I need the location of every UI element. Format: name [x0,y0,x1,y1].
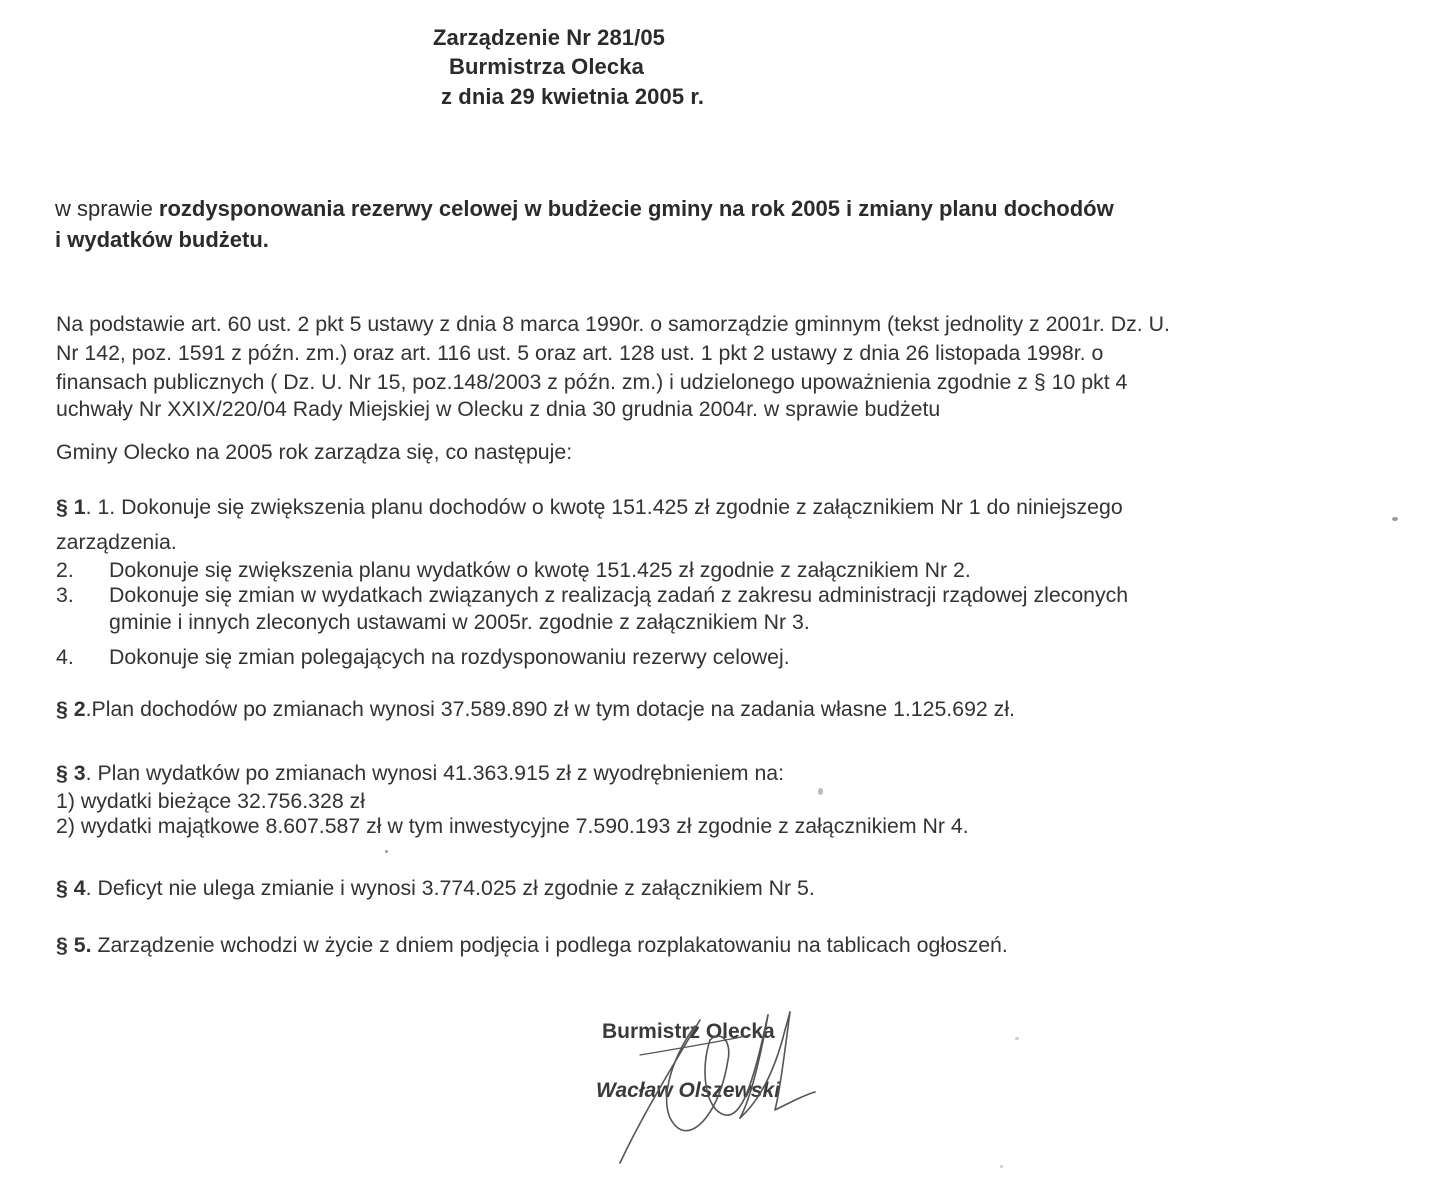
section-1-line-2: zarządzenia. [56,530,177,555]
handwritten-signature-icon [600,1000,840,1170]
section-3-mark: § 3 [56,761,86,785]
section-2: § 2.Plan dochodów po zmianach wynosi 37.… [56,697,1015,722]
section-3-sub-2: 2) wydatki majątkowe 8.607.587 zł w tym … [56,814,969,839]
section-1-item-4: 4.Dokonuje się zmian polegających na roz… [56,645,790,670]
date-line: z dnia 29 kwietnia 2005 r. [441,84,704,110]
section-4-mark: § 4 [56,876,86,900]
section-5-mark: § 5. [56,933,92,957]
item-text: Dokonuje się zmian w wydatkach związanyc… [109,583,1128,607]
section-4: § 4. Deficyt nie ulega zmianie i wynosi … [56,876,815,901]
item-number: 2. [56,558,109,583]
section-1-mark: § 1 [56,495,86,519]
subject-prefix: w sprawie [55,196,159,221]
section-1-item-1: . 1. Dokonuje się zwiększenia planu doch… [86,495,1123,519]
preamble-line-1: Na podstawie art. 60 ust. 2 pkt 5 ustawy… [56,312,1170,337]
preamble-line-2: Nr 142, poz. 1591 z późn. zm.) oraz art.… [56,341,1103,366]
section-5-text: Zarządzenie wchodzi w życie z dniem podj… [92,933,1008,957]
section-1-item-2: 2.Dokonuje się zwiększenia planu wydatkó… [56,558,971,583]
section-2-mark: § 2 [56,697,86,721]
subject-bold-1: rozdysponowania rezerwy celowej w budżec… [159,196,1114,221]
preamble-closing: Gminy Olecko na 2005 rok zarządza się, c… [56,440,572,465]
section-5: § 5. Zarządzenie wchodzi w życie z dniem… [56,933,1008,958]
section-1-item-3-cont: gminie i innych zleconych ustawami w 200… [56,610,810,635]
item-text: gminie i innych zleconych ustawami w 200… [109,610,810,634]
scan-speck [1000,1165,1003,1168]
scan-speck [1015,1037,1019,1040]
preamble-line-4: uchwały Nr XXIX/220/04 Rady Miejskiej w … [56,397,940,422]
subject-bold-2: i wydatków budżetu. [55,227,269,252]
section-3: § 3. Plan wydatków po zmianach wynosi 41… [56,761,784,786]
item-text: Dokonuje się zmian polegających na rozdy… [109,645,790,669]
scan-speck [1392,517,1398,521]
item-number: 3. [56,583,109,608]
item-number: 4. [56,645,109,670]
section-3-sub-1: 1) wydatki bieżące 32.756.328 zł [56,789,365,814]
subject-line-2: i wydatków budżetu. [55,224,269,255]
section-2-text: .Plan dochodów po zmianach wynosi 37.589… [86,697,1015,721]
document-title: Zarządzenie Nr 281/05 [433,25,665,51]
preamble-line-3: finansach publicznych ( Dz. U. Nr 15, po… [56,370,1127,395]
scan-speck [818,788,823,795]
subject-line-1: w sprawie rozdysponowania rezerwy celowe… [55,193,1114,224]
issuer-line: Burmistrza Olecka [449,54,644,80]
section-3-text: . Plan wydatków po zmianach wynosi 41.36… [86,761,784,785]
item-text: Dokonuje się zwiększenia planu wydatków … [109,558,971,582]
section-4-text: . Deficyt nie ulega zmianie i wynosi 3.7… [86,876,815,900]
section-1-item-3: 3.Dokonuje się zmian w wydatkach związan… [56,583,1128,608]
section-1-line-1: § 1. 1. Dokonuje się zwiększenia planu d… [56,495,1123,520]
scan-speck [385,850,388,853]
